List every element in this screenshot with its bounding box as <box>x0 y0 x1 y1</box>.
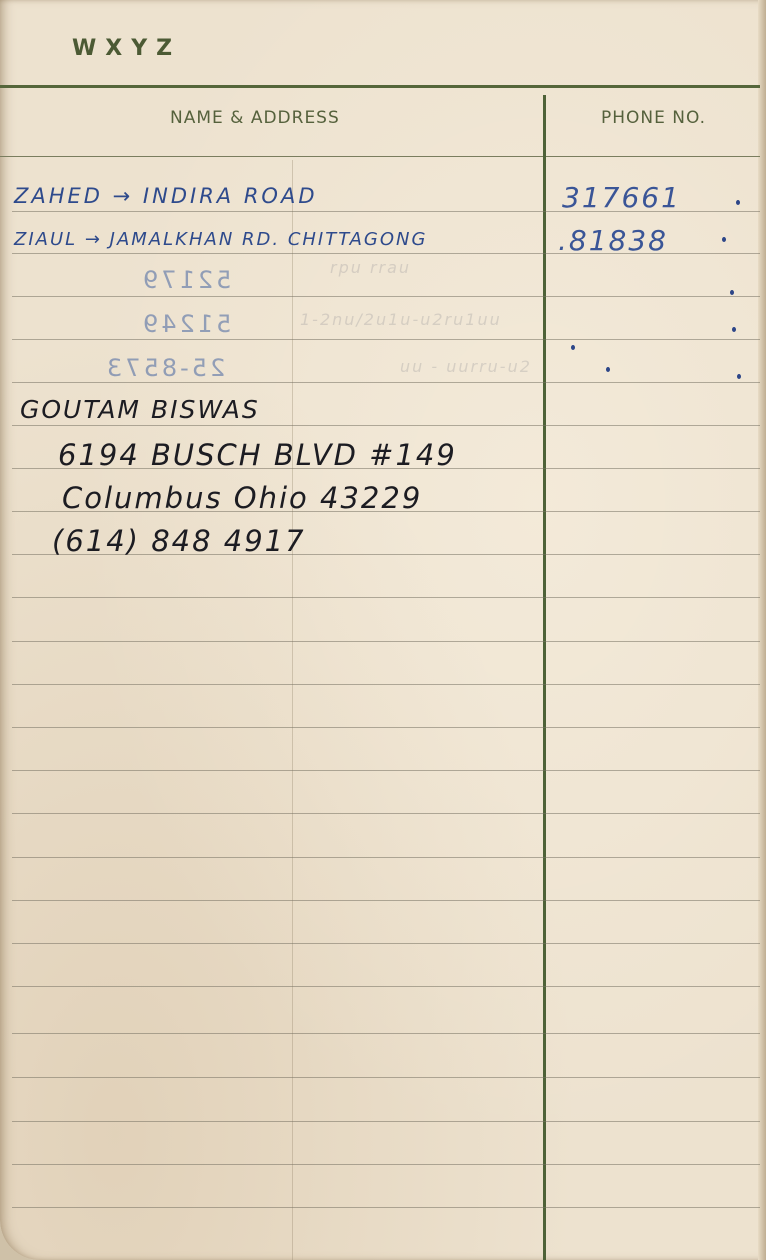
column-header-name-address: NAME & ADDRESS <box>170 108 340 128</box>
ruled-line <box>12 1077 760 1078</box>
page-crease <box>292 160 293 1260</box>
column-header-phone: PHONE NO. <box>601 108 706 128</box>
bleed-through-text: 1-2nu/2u1u-u2ru1uu <box>300 310 502 329</box>
ruled-line <box>12 857 760 858</box>
ruled-line <box>12 727 760 728</box>
entry-name: GOUTAM BISWAS <box>20 395 260 424</box>
page-edge <box>758 0 766 1260</box>
bleed-through-number: 25-8573 <box>104 354 225 382</box>
ruled-line <box>12 1121 760 1122</box>
index-letters-heading: WXYZ <box>72 36 181 61</box>
ruled-line <box>12 296 760 297</box>
ink-dot <box>730 290 734 295</box>
ink-dot <box>737 374 741 379</box>
ruled-line <box>12 1207 760 1208</box>
ruled-line <box>12 1033 760 1034</box>
entry-name-address: ZAHED → INDIRA ROAD <box>14 184 317 208</box>
ink-dot <box>571 345 575 350</box>
bleed-through-number: 51249 <box>140 310 231 338</box>
header-bottom-rule <box>0 156 760 157</box>
ruled-line <box>12 339 760 340</box>
entry-phone: (614) 848 4917 <box>52 524 306 558</box>
ruled-line <box>12 813 760 814</box>
ruled-line <box>12 382 760 383</box>
bleed-through-text: uu - uurru-u2 <box>400 357 532 376</box>
ink-dot <box>736 200 740 205</box>
ruled-line <box>12 641 760 642</box>
entry-address-line-1: 6194 BUSCH BLVD #149 <box>58 438 457 472</box>
ruled-line <box>12 1164 760 1165</box>
column-divider <box>543 95 546 1260</box>
bleed-through-number: 52179 <box>140 266 231 294</box>
ruled-line <box>12 597 760 598</box>
ink-dot <box>606 367 610 372</box>
ruled-line <box>12 943 760 944</box>
entry-phone: .81838 <box>558 224 668 257</box>
ink-dot <box>732 327 736 332</box>
ruled-line <box>12 900 760 901</box>
ruled-line <box>12 684 760 685</box>
header-rule <box>0 85 760 88</box>
address-book-page: WXYZ NAME & ADDRESS PHONE NO. rpu rrau 1… <box>0 0 766 1260</box>
ruled-line <box>12 425 760 426</box>
ruled-line <box>12 986 760 987</box>
entry-name-address: ZIAUL → JAMALKHAN RD. CHITTAGONG <box>14 229 427 250</box>
ink-dot <box>722 237 726 242</box>
ruled-line <box>12 770 760 771</box>
bleed-through-text: rpu rrau <box>330 258 411 277</box>
entry-address-line-2: Columbus Ohio 43229 <box>62 481 422 515</box>
entry-phone: 317661 <box>562 181 681 214</box>
